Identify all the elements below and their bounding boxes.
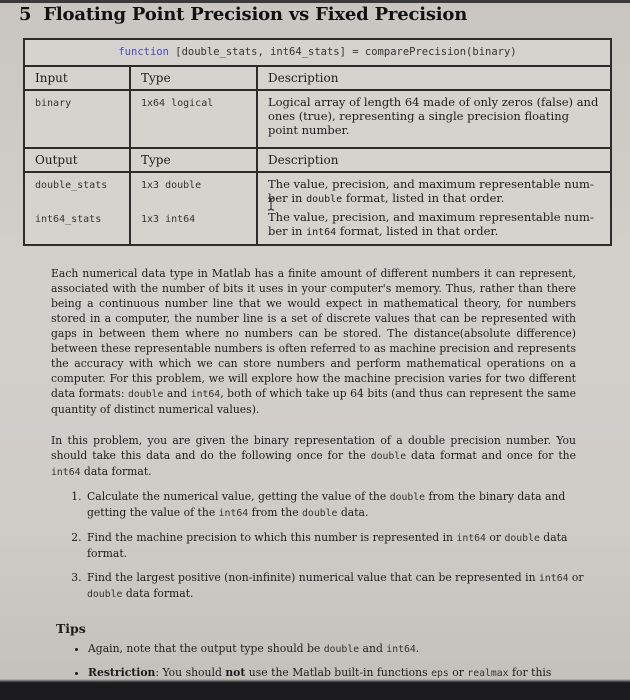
function-keyword: function — [118, 46, 169, 58]
input-header: Input — [24, 66, 130, 90]
task-item: Calculate the numerical value, getting t… — [85, 489, 593, 521]
output-description: The value, precision, and maximum repres… — [268, 177, 600, 207]
tips-list: Again, note that the output type should … — [72, 641, 593, 700]
function-signature-text: [double_stats, int64_stats] = comparePre… — [175, 46, 516, 58]
output-descriptions: The value, precision, and maximum repres… — [257, 172, 611, 245]
tip-item: Again, note that the output type should … — [88, 641, 593, 657]
tips-heading: Tips — [56, 621, 86, 636]
output-names: double_stats int64_stats — [24, 172, 130, 245]
text-cursor-icon — [267, 197, 275, 211]
type-header: Type — [130, 66, 257, 90]
task-list: Calculate the numerical value, getting t… — [67, 489, 593, 611]
description-header: Description — [257, 66, 611, 90]
output-name: double_stats — [35, 179, 119, 193]
output-header-row: Output Type Description — [24, 148, 611, 172]
output-type: 1x3 double — [141, 179, 246, 193]
description-header: Description — [257, 148, 611, 172]
intro-paragraph: Each numerical data type in Matlab has a… — [51, 266, 576, 417]
task-item: Find the machine precision to which this… — [85, 530, 593, 561]
input-header-row: Input Type Description — [24, 66, 611, 90]
input-type: 1x64 logical — [130, 90, 257, 148]
type-header: Type — [130, 148, 257, 172]
window-top-edge — [0, 0, 630, 3]
function-signature: function [double_stats, int64_stats] = c… — [24, 39, 611, 66]
output-types: 1x3 double 1x3 int64 — [130, 172, 257, 245]
output-rows: double_stats int64_stats 1x3 double 1x3 … — [24, 172, 611, 245]
output-name: int64_stats — [35, 213, 119, 227]
task-item: Find the largest positive (non-infinite)… — [85, 570, 593, 602]
section-number: 5 — [19, 4, 31, 25]
output-type: 1x3 int64 — [141, 213, 246, 227]
tip-item: Restriction: You should not use the Matl… — [88, 665, 593, 696]
input-description: Logical array of length 64 made of only … — [257, 90, 611, 148]
output-header: Output — [24, 148, 130, 172]
input-row: binary 1x64 logical Logical array of len… — [24, 90, 611, 148]
problem-paragraph: In this problem, you are given the binar… — [51, 433, 576, 480]
function-spec-table: function [double_stats, int64_stats] = c… — [23, 38, 612, 246]
input-name: binary — [24, 90, 130, 148]
section-title: Floating Point Precision vs Fixed Precis… — [43, 4, 467, 25]
section-heading: 5Floating Point Precision vs Fixed Preci… — [19, 4, 467, 25]
output-description: The value, precision, and maximum repres… — [268, 210, 600, 240]
